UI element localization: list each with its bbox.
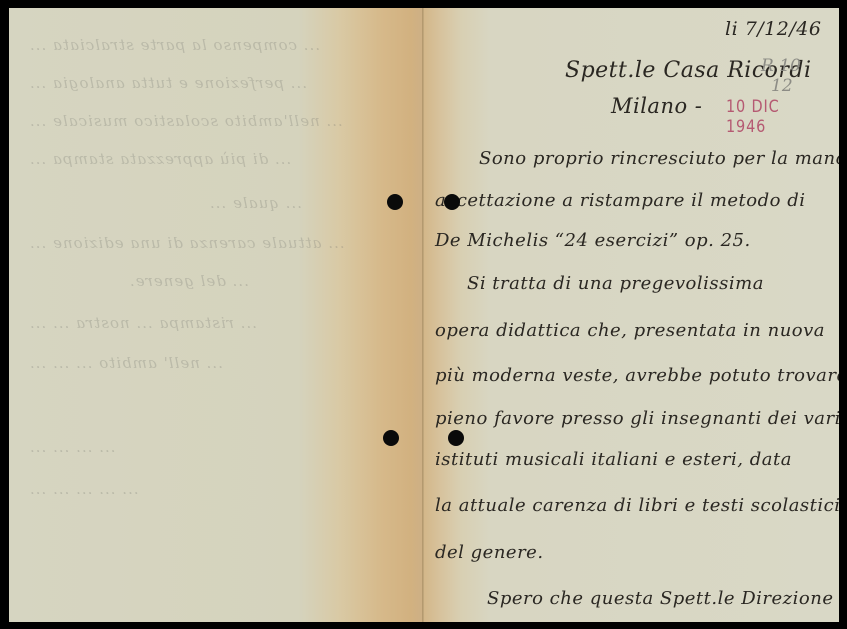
showthrough-line: ... ... ... ... ... bbox=[29, 480, 139, 498]
received-date-stamp: 10 DIC 1946 bbox=[726, 97, 822, 137]
showthrough-line: ... perfezione e tutta analogia ... bbox=[29, 74, 307, 92]
left-page: ... compenso la parte stralciata ... ...… bbox=[9, 8, 423, 622]
body-line: De Michelis “24 esercizi” op. 25. bbox=[435, 230, 751, 251]
pencil-note-bottom: 12 bbox=[771, 76, 793, 96]
letter-date: li 7/12/46 bbox=[725, 18, 821, 40]
pencil-note-top: R 10 bbox=[761, 56, 801, 76]
showthrough-line: ... nell' ambito ... ... ... bbox=[29, 354, 223, 372]
punch-hole bbox=[448, 430, 464, 446]
showthrough-line: ... compenso la parte stralciata ... bbox=[29, 36, 320, 54]
body-line: più moderna veste, avrebbe potuto trovar… bbox=[435, 365, 839, 386]
body-line: Sono proprio rincresciuto per la mancata bbox=[479, 148, 839, 169]
showthrough-line: ... attuale carenza di una edizione ... bbox=[29, 234, 345, 252]
showthrough-line: ... nell'ambito scolastico musicale ... bbox=[29, 112, 343, 130]
body-line: la attuale carenza di libri e testi scol… bbox=[435, 495, 839, 516]
showthrough-line: ... ... ... ... bbox=[29, 438, 116, 456]
letter-sheet: ... compenso la parte stralciata ... ...… bbox=[9, 8, 839, 622]
body-line: Si tratta di una pregevolissima bbox=[467, 273, 764, 294]
page-fold bbox=[422, 8, 424, 622]
showthrough-line: ... del genere. bbox=[129, 272, 249, 290]
punch-hole bbox=[444, 194, 460, 210]
body-line: pieno favore presso gli insegnanti dei v… bbox=[435, 408, 839, 429]
body-line: Spero che questa Spett.le Direzione bbox=[487, 588, 834, 609]
body-line: istituti musicali italiani e esteri, dat… bbox=[435, 449, 792, 470]
showthrough-line: ... quale ... bbox=[209, 194, 302, 212]
punch-hole bbox=[387, 194, 403, 210]
showthrough-line: ... di più apprezzata stampa ... bbox=[29, 150, 291, 168]
body-line: accettazione a ristampare il metodo di bbox=[435, 190, 806, 211]
punch-hole bbox=[383, 430, 399, 446]
body-line: del genere. bbox=[435, 542, 544, 563]
city: Milano - bbox=[611, 94, 702, 118]
showthrough-line: ... ristampa ... nostra ... ... bbox=[29, 314, 257, 332]
body-line: opera didattica che, presentata in nuova bbox=[435, 320, 825, 341]
